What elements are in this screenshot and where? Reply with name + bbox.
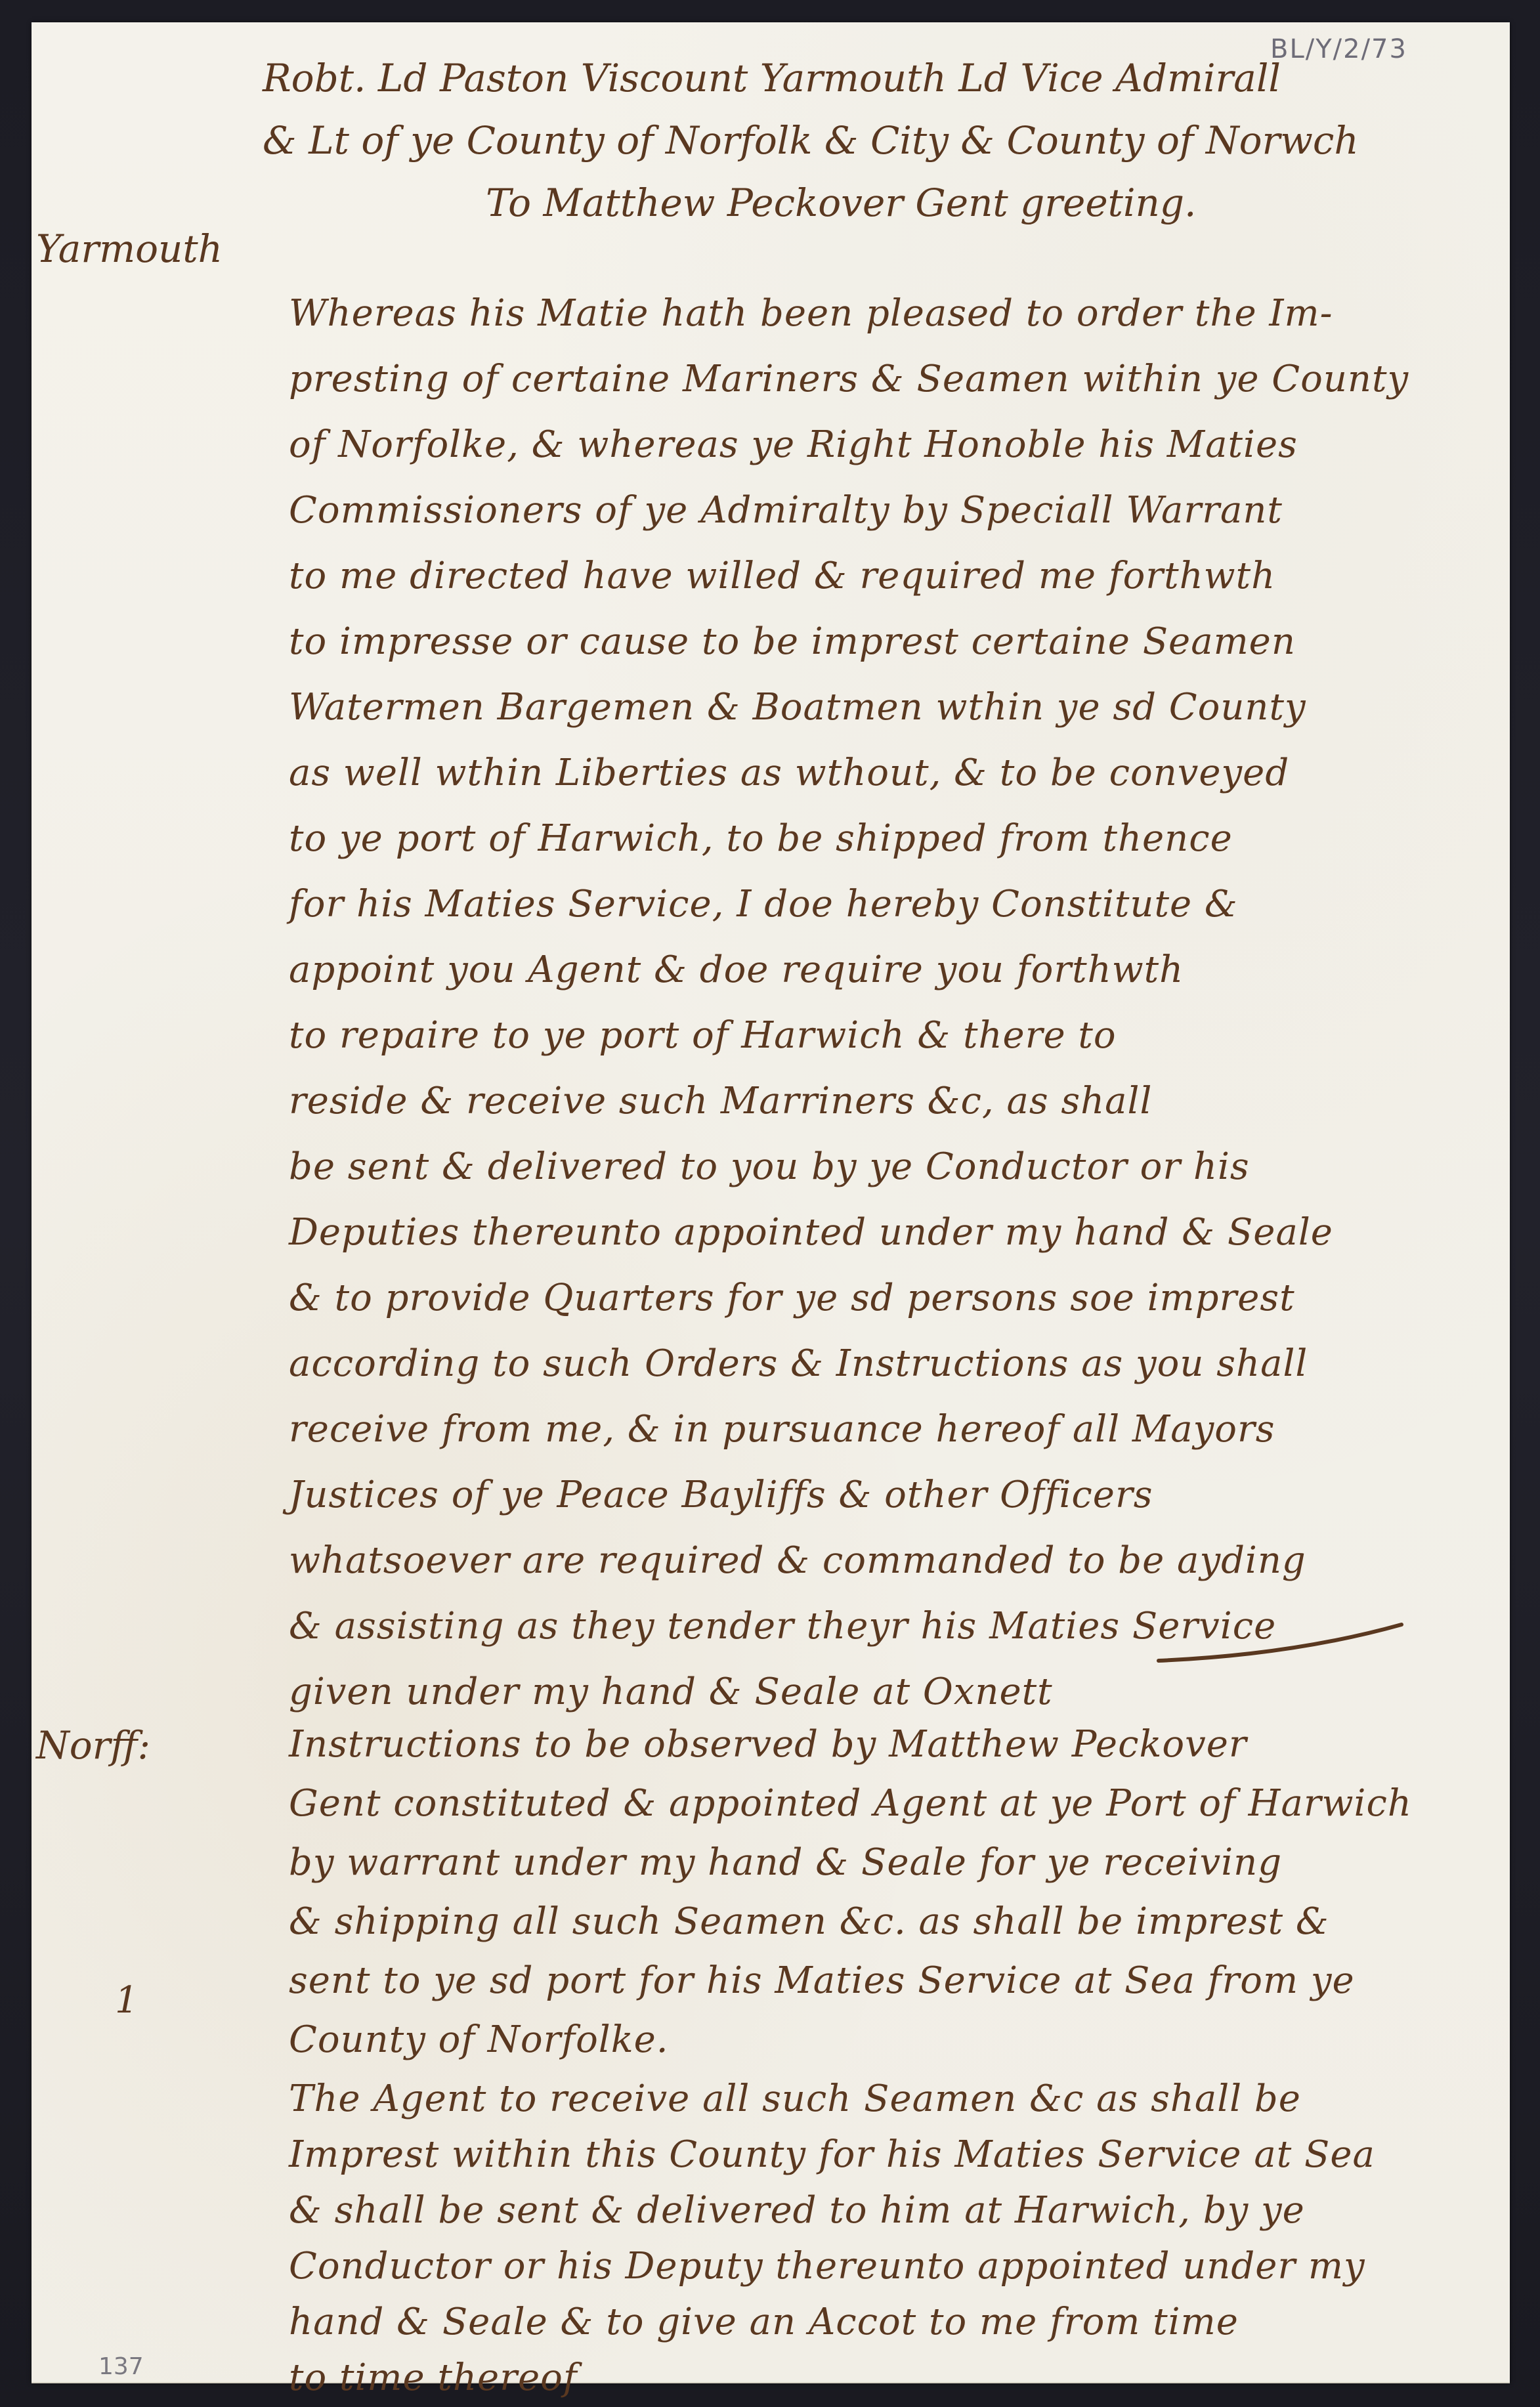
header-line-3: To Matthew Peckover Gent greeting. [486,181,1196,225]
instructions-line: by warrant under my hand & Seale for ye … [289,1841,1282,1884]
header-line-2: & Lt of ye County of Norfolk & City & Co… [263,118,1359,163]
warrant-line: Watermen Bargemen & Boatmen wthin ye sd … [289,686,1306,729]
instruction-item-line: to time thereof [289,2356,578,2399]
warrant-line: & assisting as they tender theyr his Mat… [289,1605,1276,1648]
warrant-line: reside & receive such Marriners &c, as s… [289,1080,1152,1122]
warrant-line: to ye port of Harwich, to be shipped fro… [289,817,1233,860]
instruction-item-line: Conductor or his Deputy thereunto appoin… [289,2245,1365,2288]
warrant-line: Commissioners of ye Admiralty by Special… [289,489,1283,532]
warrant-line: to repaire to ye port of Harwich & there… [289,1014,1117,1057]
warrant-line: Deputies thereunto appointed under my ha… [289,1211,1333,1254]
instructions-line: & shipping all such Seamen &c. as shall … [289,1900,1329,1943]
warrant-line: whatsoever are required & commanded to b… [289,1539,1306,1582]
warrant-line: appoint you Agent & doe require you fort… [289,948,1184,991]
warrant-line: according to such Orders & Instructions … [289,1342,1308,1385]
signature-flourish [1155,1621,1405,1667]
warrant-line: of Norfolke, & whereas ye Right Honoble … [289,423,1298,466]
warrant-line: to me directed have willed & required me… [289,555,1275,597]
instruction-item-line: Imprest within this County for his Matie… [289,2133,1375,2176]
folio-number: 137 [98,2353,144,2380]
warrant-line: Whereas his Matie hath been pleased to o… [289,292,1333,335]
archive-reference-stamp: BL/Y/2/73 [1270,34,1407,64]
instructions-line: Instructions to be observed by Matthew P… [289,1723,1247,1766]
header-line-1: Robt. Ld Paston Viscount Yarmouth Ld Vic… [263,56,1281,100]
warrant-line: given under my hand & Seale at Oxnett [289,1671,1053,1713]
warrant-line: be sent & delivered to you by ye Conduct… [289,1145,1250,1188]
warrant-line: presting of certaine Mariners & Seamen w… [289,358,1409,400]
instruction-item-line: The Agent to receive all such Seamen &c … [289,2077,1301,2120]
warrant-line: for his Maties Service, I doe hereby Con… [289,883,1238,926]
margin-label-norff: Norff: [36,1723,150,1768]
instructions-line: Gent constituted & appointed Agent at ye… [289,1782,1412,1825]
instructions-line: sent to ye sd port for his Maties Servic… [289,1959,1355,2002]
margin-label-yarmouth: Yarmouth [36,226,223,271]
instruction-item-line: & shall be sent & delivered to him at Ha… [289,2189,1305,2232]
instruction-item-number: 1 [115,1979,139,2022]
warrant-line: Justices of ye Peace Bayliffs & other Of… [289,1474,1153,1516]
instructions-line: County of Norfolke. [289,2018,669,2061]
warrant-line: to impresse or cause to be imprest certa… [289,620,1296,663]
warrant-line: as well wthin Liberties as wthout, & to … [289,752,1289,794]
warrant-line: receive from me, & in pursuance hereof a… [289,1408,1275,1451]
instruction-item-line: hand & Seale & to give an Accot to me fr… [289,2301,1239,2343]
warrant-line: & to provide Quarters for ye sd persons … [289,1277,1295,1319]
